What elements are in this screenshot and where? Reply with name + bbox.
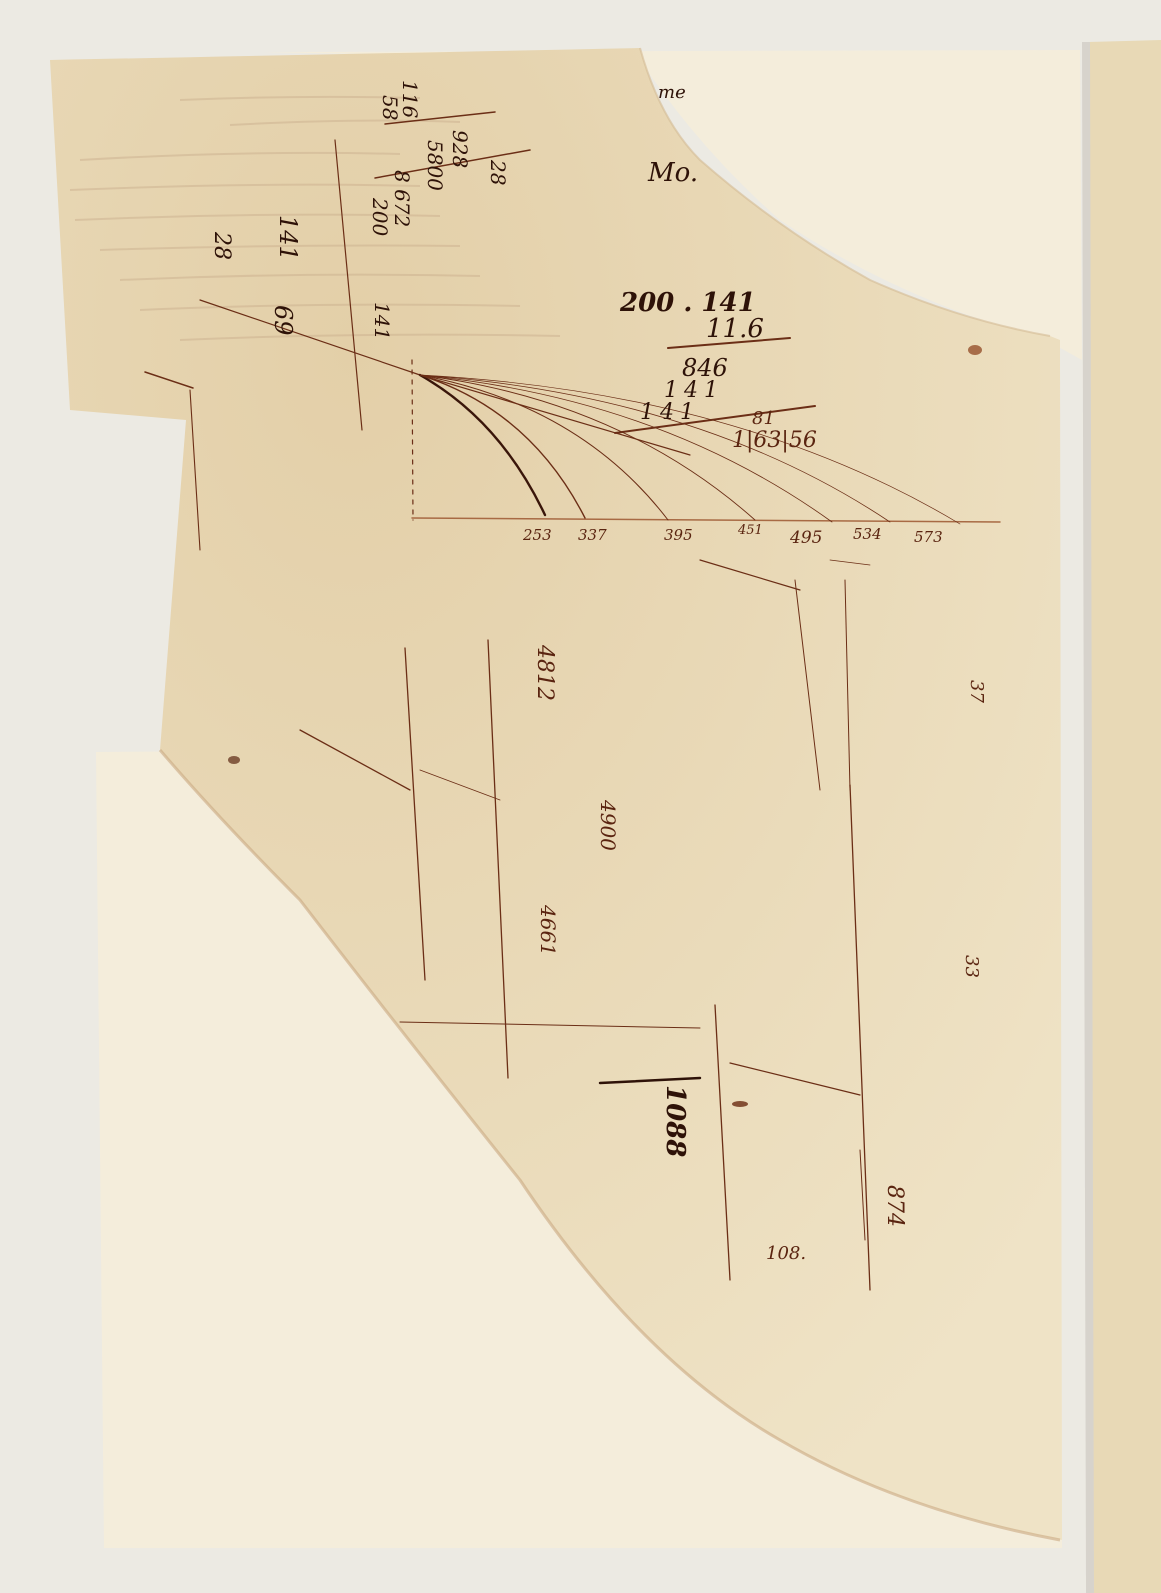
calc-partial-1: 846 [682,356,728,380]
calc-top-4: 5800 [425,140,445,191]
calc-top-2: 58 [380,95,400,120]
left-num-141: 141 [276,215,300,261]
baseline-label-4: 451 [738,524,763,537]
header-initial: Mo. [648,160,698,186]
left-num-69: 69 [271,305,295,336]
note-33: 33 [962,955,980,978]
calc-partial-2: 141 [664,380,724,402]
left-num-200: 200 [370,198,390,236]
baseline-label-2: 337 [578,528,607,543]
baseline-label-5: 495 [790,530,822,547]
left-num-141b: 141 [372,302,392,340]
note-874: 874 [883,1185,905,1227]
calc-partial-3: 141 [640,402,700,424]
left-num-28: 28 [210,232,232,260]
note-4900: 4900 [598,800,618,851]
baseline-label-7: 573 [914,530,943,545]
note-1088: 1088 [662,1085,688,1157]
calc-result-top: 81 [752,410,775,428]
manuscript-photo: me Mo. 200 . 141 11.6 846 141 141 81 1|6… [0,0,1161,1593]
note-37: 37 [967,680,985,703]
baseline-label-1: 253 [523,528,552,543]
header-word-me: me [658,84,686,102]
note-108: 108. [766,1245,806,1263]
calc-result: 1|63|56 [732,430,817,452]
calc-top-3: 928 [450,130,470,168]
calc-line-2: 11.6 [706,316,764,342]
calc-top-6: 28 [488,160,508,185]
baseline-label-6: 534 [853,527,882,542]
calc-line-1: 200 . 141 [620,290,756,316]
calc-top-1: 116 [400,80,420,118]
calc-top-5: 8 672 [392,170,412,227]
baseline-label-3: 395 [664,528,693,543]
note-4661: 4661 [538,905,558,956]
paper-shapes [0,0,1161,1593]
note-4812: 4812 [533,645,555,701]
